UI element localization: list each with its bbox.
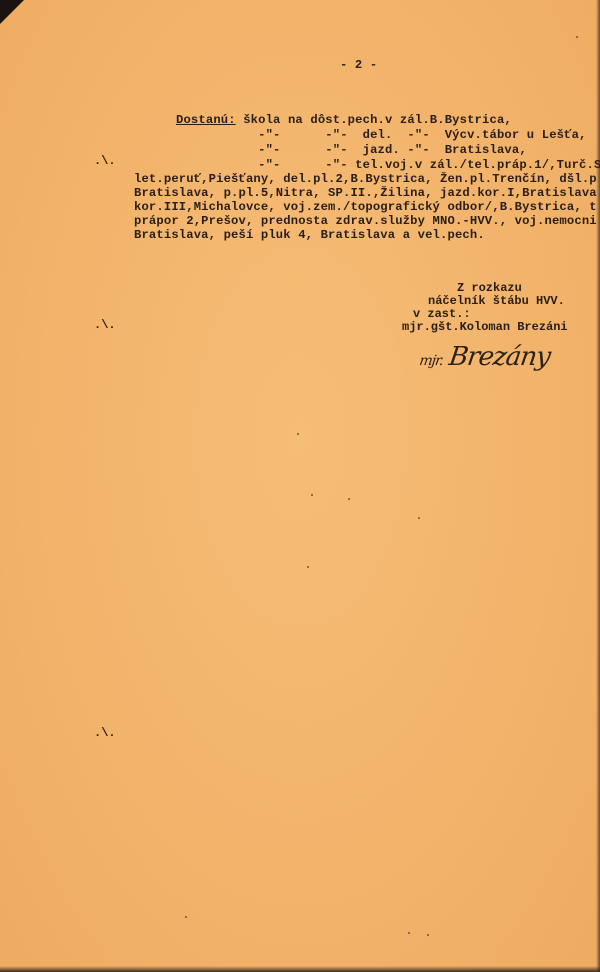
distribution-continuation-5: Bratislava, peší pluk 4, Bratislava a ve…	[134, 228, 485, 242]
signature-prefix: mjr.	[418, 353, 443, 369]
distribution-continuation-2: Bratislava, p.pl.5,Nitra, SP.II.,Žilina,…	[134, 186, 597, 200]
handwritten-signature: mjr.Brezány	[418, 342, 552, 372]
paper-speck	[348, 498, 350, 500]
distribution-text: -"- -"- tel.voj.v zál./tel.práp.1/,Turč.…	[243, 158, 600, 172]
paper-speck	[311, 494, 313, 496]
signature-line-2: náčelník štábu HVV.	[428, 294, 565, 308]
distribution-line-3: -"- -"- jazd. -"- Bratislava,	[176, 143, 527, 157]
distribution-line-4: -"- -"- tel.voj.v zál./tel.práp.1/,Turč.…	[176, 158, 600, 172]
distribution-text: škola na dôst.pech.v zál.B.Bystrica,	[243, 113, 512, 127]
distribution-line-1: Dostanú: škola na dôst.pech.v zál.B.Byst…	[176, 113, 512, 127]
margin-mark: .\.	[94, 318, 116, 332]
distribution-continuation-1: let.peruť,Piešťany, del.pl.2,B.Bystrica,…	[134, 172, 597, 186]
paper-speck	[297, 433, 299, 435]
margin-mark: .\.	[94, 154, 116, 168]
distribution-continuation-4: prápor 2,Prešov, prednosta zdrav.služby …	[134, 214, 597, 228]
distribution-text: -"- -"- jazd. -"- Bratislava,	[243, 143, 527, 157]
distribution-line-2: -"- -"- del. -"- Výcv.tábor u Lešťa,	[176, 128, 587, 142]
paper-speck	[418, 517, 420, 519]
distribution-text: -"- -"- del. -"- Výcv.tábor u Lešťa,	[243, 128, 586, 142]
signature-line-3: v zast.:	[413, 307, 471, 321]
distribution-label: Dostanú:	[176, 113, 236, 127]
paper-speck	[408, 932, 410, 934]
paper-speck	[427, 934, 429, 936]
document-page: - 2 - Dostanú: škola na dôst.pech.v zál.…	[0, 0, 600, 972]
page-edge-right	[596, 0, 600, 972]
distribution-continuation-3: kor.III,Michalovce, voj.zem./topografick…	[134, 200, 597, 214]
margin-mark: .\.	[94, 726, 116, 740]
signature-name: Brezány	[447, 342, 552, 372]
folded-corner	[0, 0, 24, 24]
paper-speck	[307, 566, 309, 568]
signature-line-4: mjr.gšt.Koloman Brezáni	[402, 320, 568, 334]
paper-speck	[576, 36, 578, 38]
paper-speck	[185, 916, 187, 918]
page-edge-bottom	[0, 966, 600, 972]
signature-line-1: Z rozkazu	[457, 281, 522, 295]
page-number: - 2 -	[340, 58, 377, 72]
